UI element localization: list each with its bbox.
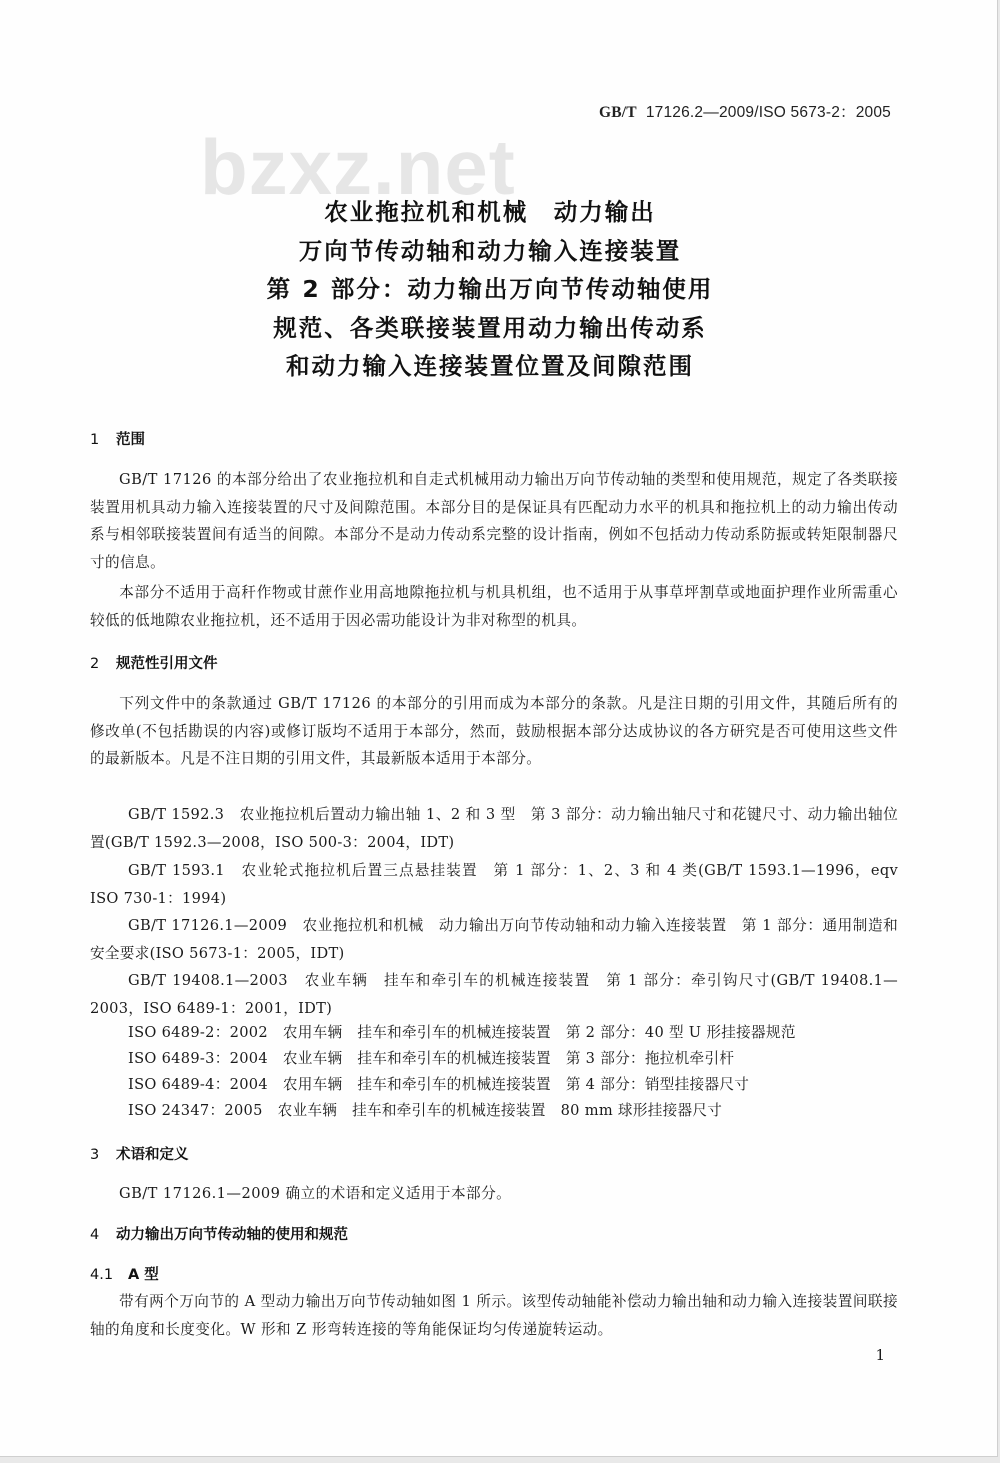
section-title: 规范性引用文件 [116,656,218,672]
reference-text: GB/T 1592.3 农业拖拉机后置动力输出轴 1、2 和 3 型 第 3 部… [90,806,898,851]
paragraph-text: 带有两个万向节的 A 型动力输出万向节传动轴如图 1 所示。该型传动轴能补偿动力… [90,1293,898,1338]
reference-text: GB/T 17126.1—2009 农业拖拉机和机械 动力输出万向节传动轴和动力… [90,917,898,962]
paragraph: 带有两个万向节的 A 型动力输出万向节传动轴如图 1 所示。该型传动轴能补偿动力… [90,1288,898,1343]
reference-text: GB/T 19408.1—2003 农业车辆 挂车和牵引车的机械连接装置 第 1… [90,972,898,1017]
page-number: 1 [875,1346,885,1364]
reference-item: ISO 6489-2：2002 农用车辆 挂车和牵引车的机械连接装置 第 2 部… [90,1019,898,1047]
section-heading-scope: 1范围 [90,428,145,449]
subsection-heading-type-a: 4.1A 型 [90,1263,159,1284]
reference-item: ISO 6489-3：2004 农业车辆 挂车和牵引车的机械连接装置 第 3 部… [90,1045,898,1073]
reference-item: GB/T 1592.3 农业拖拉机后置动力输出轴 1、2 和 3 型 第 3 部… [90,801,898,856]
paragraph: 下列文件中的条款通过 GB/T 17126 的本部分的引用而成为本部分的条款。凡… [90,690,898,773]
reference-item: GB/T 17126.1—2009 农业拖拉机和机械 动力输出万向节传动轴和动力… [90,912,898,967]
section-number: 4 [90,1227,116,1243]
document-title: 农业拖拉机和机械 动力输出 万向节传动轴和动力输入连接装置 第 2 部分：动力输… [0,193,980,386]
standard-code-prefix: GB/T [599,104,637,121]
section-number: 3 [90,1147,116,1163]
section-title: 范围 [116,432,145,448]
document-page: GB/T 17126.2—2009/ISO 5673-2：2005 bzxz.n… [0,0,998,1457]
reference-text: ISO 6489-2：2002 农用车辆 挂车和牵引车的机械连接装置 第 2 部… [128,1024,796,1041]
title-line: 万向节传动轴和动力输入连接装置 [0,232,980,271]
paragraph-text: 下列文件中的条款通过 GB/T 17126 的本部分的引用而成为本部分的条款。凡… [90,695,898,767]
paragraph: GB/T 17126 的本部分给出了农业拖拉机和自走式机械用动力输出万向节传动轴… [90,466,898,576]
title-line: 和动力输入连接装置位置及间隙范围 [0,347,980,386]
reference-text: ISO 6489-3：2004 农业车辆 挂车和牵引车的机械连接装置 第 3 部… [128,1050,734,1067]
standard-code: GB/T 17126.2—2009/ISO 5673-2：2005 [599,100,891,122]
paragraph: GB/T 17126.1—2009 确立的术语和定义适用于本部分。 [90,1180,898,1208]
section-heading-pto-shaft-use: 4动力输出万向节传动轴的使用和规范 [90,1223,348,1244]
title-line: 农业拖拉机和机械 动力输出 [0,193,980,232]
reference-text: GB/T 1593.1 农业轮式拖拉机后置三点悬挂装置 第 1 部分：1、2、3… [90,862,898,907]
title-line: 第 2 部分：动力输出万向节传动轴使用 [0,270,980,309]
reference-text: ISO 24347：2005 农业车辆 挂车和牵引车的机械连接装置 80 mm … [128,1102,722,1119]
section-heading-normative-references: 2规范性引用文件 [90,652,218,673]
section-number: 1 [90,432,116,448]
paragraph-text: 本部分不适用于高秆作物或甘蔗作业用高地隙拖拉机与机具机组，也不适用于从事草坪割草… [90,584,898,629]
reference-text: ISO 6489-4：2004 农用车辆 挂车和牵引车的机械连接装置 第 4 部… [128,1076,749,1093]
reference-item: ISO 24347：2005 农业车辆 挂车和牵引车的机械连接装置 80 mm … [90,1097,898,1125]
paragraph: 本部分不适用于高秆作物或甘蔗作业用高地隙拖拉机与机具机组，也不适用于从事草坪割草… [90,579,898,634]
title-line: 规范、各类联接装置用动力输出传动系 [0,309,980,348]
standard-code-number: 17126.2—2009/ISO 5673-2：2005 [646,104,891,121]
subsection-number: 4.1 [90,1267,128,1283]
section-heading-terms: 3术语和定义 [90,1143,189,1164]
section-number: 2 [90,656,116,672]
reference-item: GB/T 1593.1 农业轮式拖拉机后置三点悬挂装置 第 1 部分：1、2、3… [90,857,898,912]
section-title: 动力输出万向节传动轴的使用和规范 [116,1227,348,1243]
subsection-title: A 型 [128,1267,159,1283]
section-title: 术语和定义 [116,1147,189,1163]
reference-item: GB/T 19408.1—2003 农业车辆 挂车和牵引车的机械连接装置 第 1… [90,967,898,1022]
paragraph-text: GB/T 17126.1—2009 确立的术语和定义适用于本部分。 [119,1185,511,1202]
reference-item: ISO 6489-4：2004 农用车辆 挂车和牵引车的机械连接装置 第 4 部… [90,1071,898,1099]
paragraph-text: GB/T 17126 的本部分给出了农业拖拉机和自走式机械用动力输出万向节传动轴… [90,471,898,571]
